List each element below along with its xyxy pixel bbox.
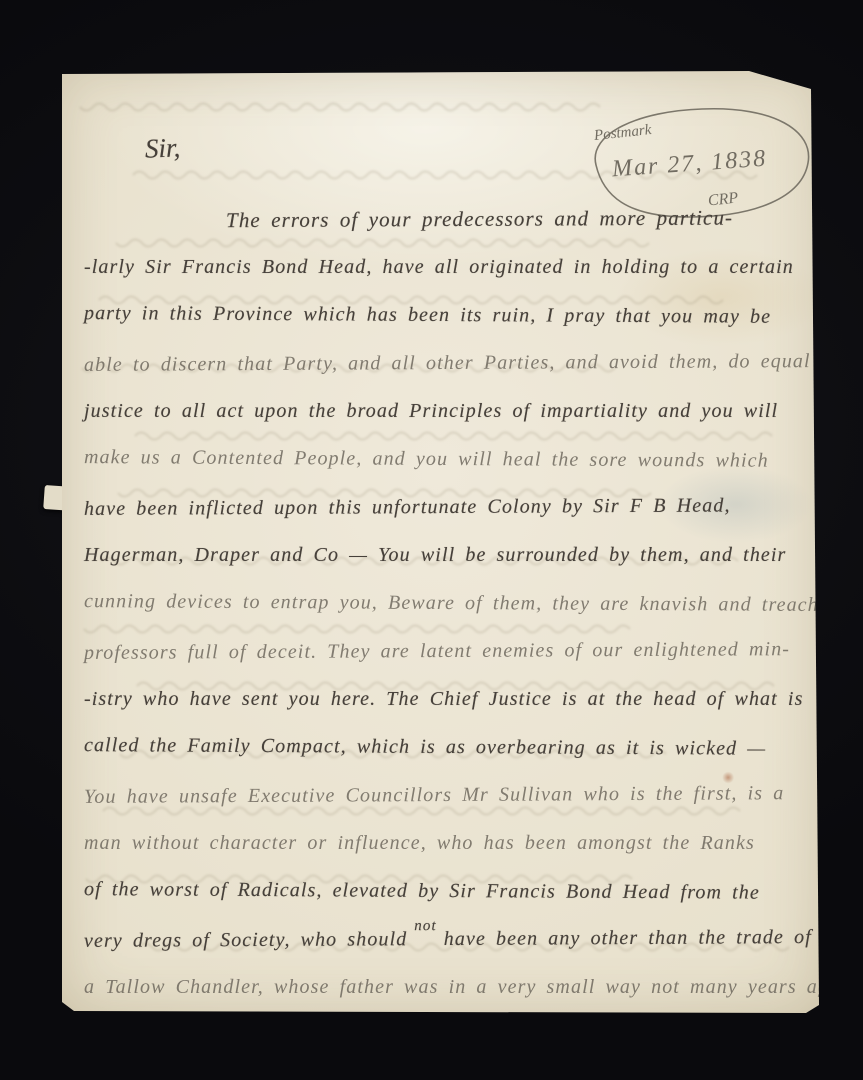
letter-line: -istry who have sent you here. The Chief… xyxy=(84,675,811,723)
letter-line: of the worst of Radicals, elevated by Si… xyxy=(84,865,811,917)
letter-line: a Tallow Chandler, whose father was in a… xyxy=(84,963,811,1011)
letter-line: justice to all act upon the broad Princi… xyxy=(84,387,811,435)
letter-line: Hagerman, Draper and Co — You will be su… xyxy=(84,531,811,579)
letter-line: very dregs of Society, who shouldnothave… xyxy=(84,913,811,965)
letter-line: party in this Province which has been it… xyxy=(84,289,811,341)
letter-line: professors full of deceit. They are late… xyxy=(84,625,811,677)
letter-line: cunning devices to entrap you, Beware of… xyxy=(84,577,811,629)
letter-line: able to discern that Party, and all othe… xyxy=(84,337,811,389)
letter-line: You have unsafe Executive Councillors Mr… xyxy=(84,769,811,821)
letter-line: -larly Sir Francis Bond Head, have all o… xyxy=(84,243,811,291)
inserted-word: not xyxy=(414,918,437,934)
salutation: Sir, xyxy=(144,132,180,164)
letter-line: have been inflicted upon this unfortunat… xyxy=(84,481,811,533)
letter-line: man without character or influence, who … xyxy=(84,819,811,867)
letter-line: called the Family Compact, which is as o… xyxy=(84,721,811,773)
letter-line: The errors of your predecessors and more… xyxy=(84,193,811,245)
letter-sheet: Postmark Mar 27, 1838 CRP Sir, The error… xyxy=(62,71,819,1013)
letter-line: make us a Contented People, and you will… xyxy=(84,433,811,485)
letter-body: The errors of your predecessors and more… xyxy=(84,195,811,1011)
